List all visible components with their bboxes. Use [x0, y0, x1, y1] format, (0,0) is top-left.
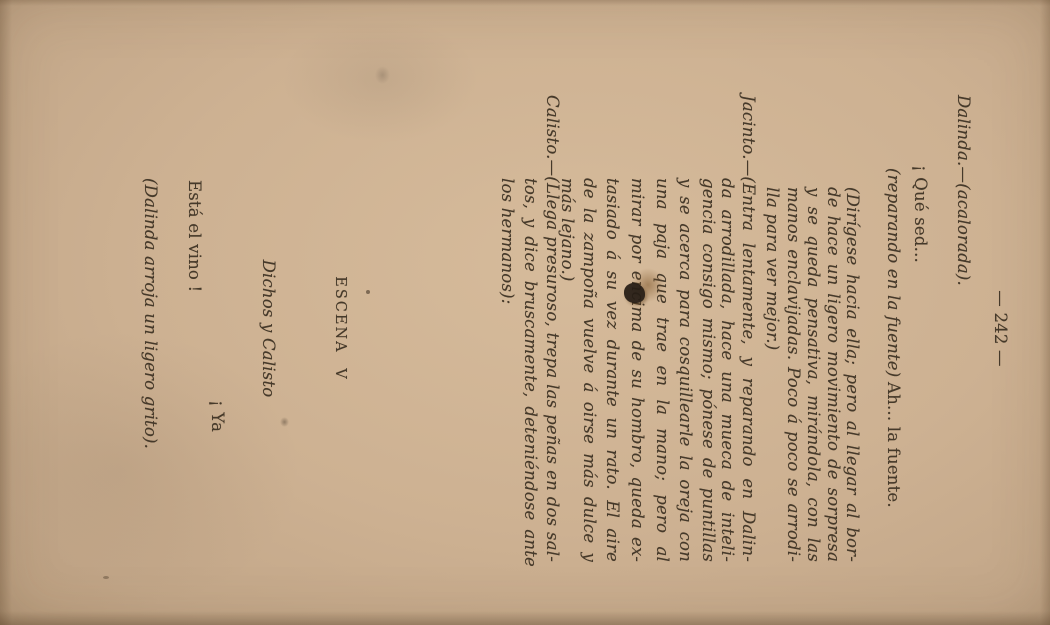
jacinto-line-6: mirar por encima de su hombro, queda ex- — [627, 178, 647, 562]
calisto-speech-2: Está el vino ! — [184, 180, 204, 292]
jacinto-line-1: Jacinto.—(Entra lentamente, y reparando … — [738, 95, 758, 562]
speaker-dalinda: Dalinda.—(acalorada). — [953, 95, 973, 286]
paper-smudge — [280, 417, 289, 427]
paper-speck — [366, 290, 370, 294]
stage-direction-4: manos enclavijadas. Poco á poco se arrod… — [783, 187, 803, 562]
scene-heading: ESCENA V — [330, 95, 350, 562]
dalinda-speech-2: Ah... la fuente. — [883, 382, 903, 508]
stage-direction-2: de hace un ligero movimiento de sorpresa — [823, 187, 843, 562]
ink-blot — [624, 283, 645, 303]
rotated-page-content: — 242 — Dalinda.—(acalorada). ¡ Qué sed.… — [0, 0, 1050, 625]
jacinto-line-5: una paja que trae en la mano; pero al — [652, 178, 672, 562]
calisto-line-2: tos, y dice bruscamente, deteniéndose an… — [520, 178, 540, 567]
page-number: — 242 — — [990, 95, 1010, 562]
calisto-line-3: los hermanos): — [497, 178, 517, 305]
scene-cast: Dichos y Calisto — [258, 95, 278, 562]
stage-direction-1: (Dirígese hacia ella; pero al llegar al … — [842, 187, 862, 562]
stage-direction-5: lla para ver mejor.) — [762, 187, 782, 350]
stage-direction-3: y se queda pensativa, mirándola, con las — [803, 187, 823, 562]
jacinto-line-4: y se acerca para cosquillearle la oreja … — [675, 178, 695, 562]
final-stage-direction: (Dalinda arroja un ligero grito). — [140, 178, 160, 449]
calisto-line-1: Calisto.—(Llega presuroso, trepa las peñ… — [542, 95, 562, 562]
dalinda-inline-direction: (reparando en la fuente) — [883, 168, 903, 377]
paper-smudge-faint — [375, 66, 390, 84]
jacinto-line-3: gencia consigo mismo; pónese de puntilla… — [698, 178, 718, 562]
jacinto-line-2: da arrodillada, hace una mueca de inteli… — [717, 178, 737, 562]
scanned-book-page: — 242 — Dalinda.—(acalorada). ¡ Qué sed.… — [0, 0, 1050, 625]
jacinto-line-7: tasiado á su vez durante un rato. El air… — [602, 178, 622, 562]
calisto-speech-1: ¡ Ya — [207, 400, 227, 432]
jacinto-line-8: de la zampoña vuelve á oirse más dulce y — [579, 178, 599, 562]
paper-speck — [103, 576, 109, 579]
dalinda-speech-1: ¡ Qué sed... — [910, 165, 930, 263]
